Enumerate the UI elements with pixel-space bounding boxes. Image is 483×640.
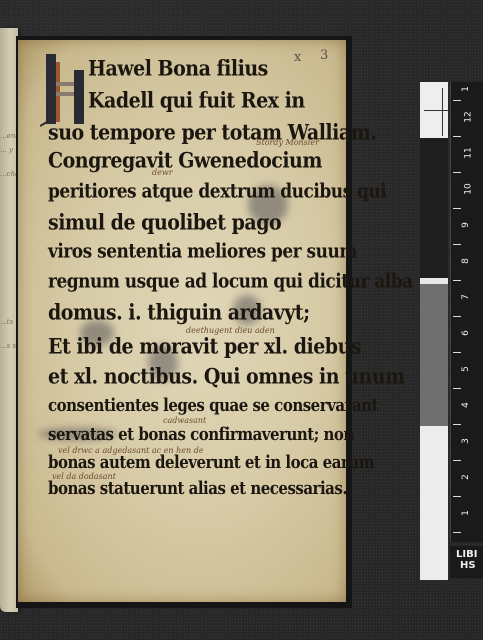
gloss: cadwasant [163,416,206,425]
folio-mark: x [294,50,301,65]
margin-note: ... y [0,146,13,154]
text-line: regnum usque ad locum qui dicitur alba [48,270,413,293]
gloss: vel drwc a adgedasant ac en hen de [58,446,204,455]
gloss: dewr [152,168,173,177]
text-line: et xl. noctibus. Qui omnes in unum [48,364,405,389]
text-line: domus. i. thiguin ardavyt; [48,300,310,325]
text-line: bonas autem deleverunt et in loca earum [48,452,374,473]
gloss: deethugent dieu aden [186,326,275,335]
color-scale-ruler: 1 12 11 10 9 8 7 6 5 4 3 2 1 LIBI HS [418,82,483,580]
text-line: peritiores atque dextrum ducibus qui [48,180,386,203]
cm-scale: 1 12 11 10 9 8 7 6 5 4 3 2 1 [450,82,483,542]
illuminated-initial-h [40,52,92,128]
text-line: Congregavit Gwenedocium [48,148,322,173]
library-label: LIBI HS [450,546,483,578]
text-line: simul de quolibet pago [48,210,281,235]
gloss: Stordy Monsier [256,138,319,147]
text-line: Kadell qui fuit Rex in [88,88,305,113]
text-line: servatas et bonas confirmaverunt; non [48,424,354,445]
text-line: consentientes leges quae se conservarant [48,395,378,416]
gloss: vel da dodasant [52,472,116,481]
margin-note: ...ts [0,318,13,326]
text-line: Et ibi de moravit per xl. diebus [48,334,361,359]
manuscript-page: x 3 Hawel Bona filius Kadell qui fuit Re… [18,40,346,602]
text-line: viros sententia meliores per suum [48,240,357,263]
folio-number: 3 [320,48,328,63]
text-line: suo tempore per totam Walliam. [48,120,376,145]
text-line: bonas statuerunt alias et necessarias. [48,478,347,499]
text-line: Hawel Bona filius [88,56,268,81]
